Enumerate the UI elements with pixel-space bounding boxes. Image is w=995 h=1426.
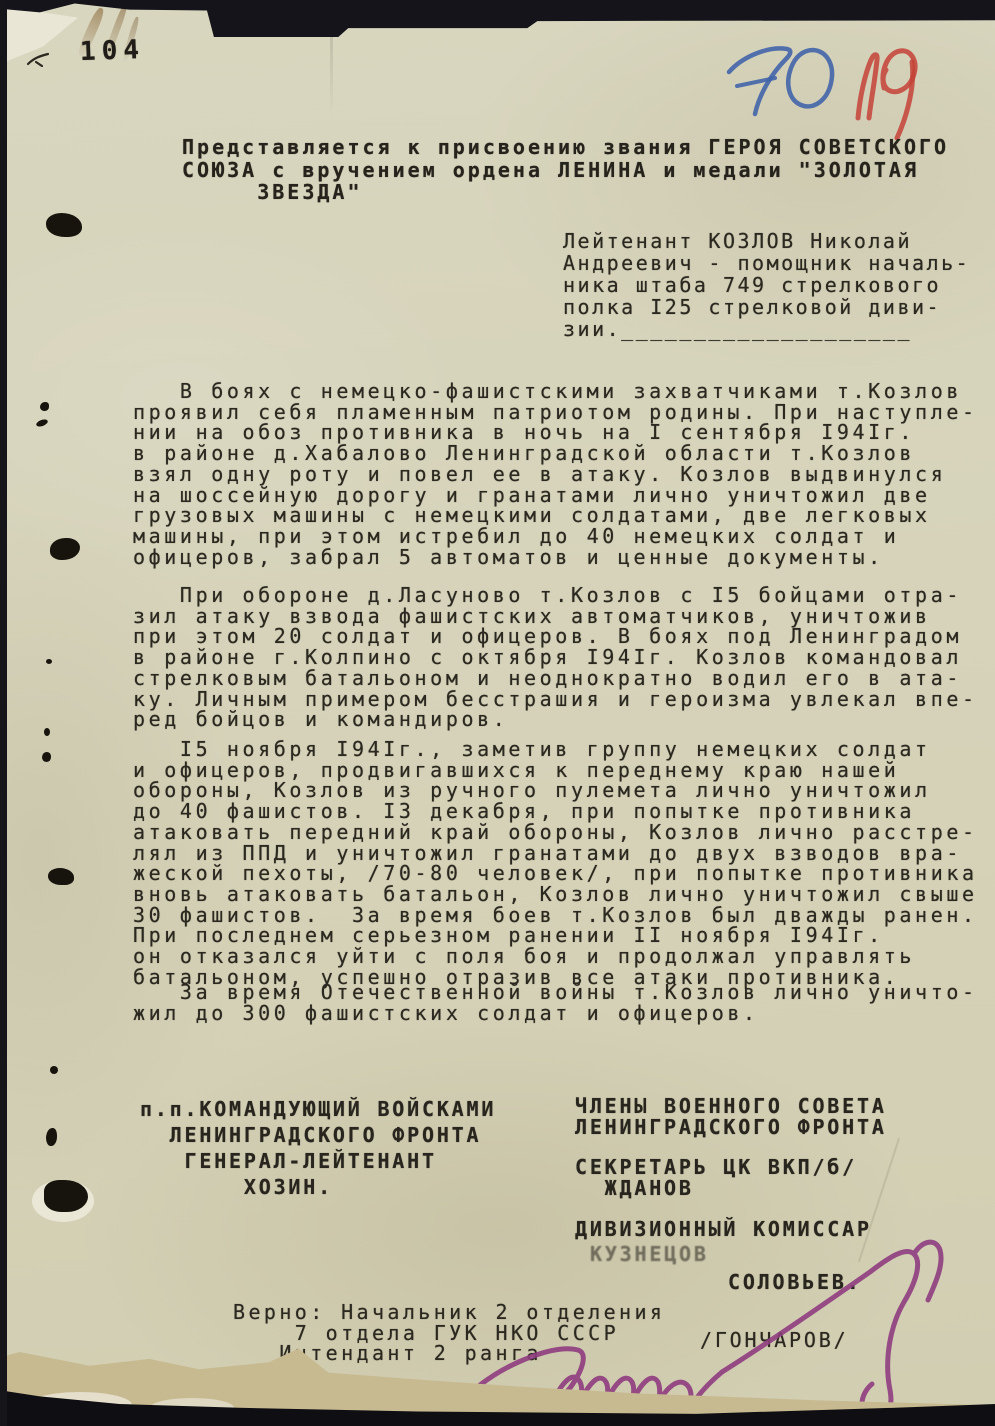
hole-spot	[46, 659, 52, 664]
hole-spot	[40, 402, 49, 411]
scanned-document-page: 104 Представляется к присвоению звания Г…	[0, 0, 995, 1426]
hole-spot	[44, 728, 50, 736]
scan-edge-left	[0, 0, 7, 1426]
hole-spot	[44, 1180, 88, 1212]
body-paragraph-4: За время Отечественной войны т.Козлов ли…	[133, 982, 978, 1024]
secretary-block: СЕКРЕТАРЬ ЦК ВКП/б/ ЖДАНОВ	[575, 1157, 857, 1199]
document-title: Представляется к присвоению звания ГЕРОЯ…	[182, 136, 949, 204]
body-paragraph-1: В боях с немецко-фашистскими захватчикам…	[133, 381, 978, 567]
body-paragraph-3: I5 ноября I94Iг., заметив группу немецки…	[133, 739, 978, 987]
hole-spot	[46, 213, 82, 237]
hole-spot	[42, 752, 51, 762]
red-pencil-number-icon	[840, 38, 930, 143]
body-paragraph-2: При обороне д.Ласуново т.Козлов с I5 бой…	[133, 585, 978, 730]
hole-spot	[48, 868, 74, 885]
subject-block: Лейтенант КОЗЛОВ Николай Андреевич - пом…	[563, 230, 970, 340]
signature-block-left: п.п.КОМАНДУЮЩИЙ ВОЙСКАМИ ЛЕНИНГРАДСКОГО …	[140, 1096, 496, 1200]
hole-spot	[50, 1066, 58, 1074]
pen-mark-icon	[26, 48, 52, 70]
signature-block-right-header: ЧЛЕНЫ ВОЕННОГО СОВЕТА ЛЕНИНГРАДСКОГО ФРО…	[575, 1096, 887, 1138]
stamp-page-number: 104	[79, 35, 145, 67]
blue-pencil-number-icon	[715, 32, 850, 122]
